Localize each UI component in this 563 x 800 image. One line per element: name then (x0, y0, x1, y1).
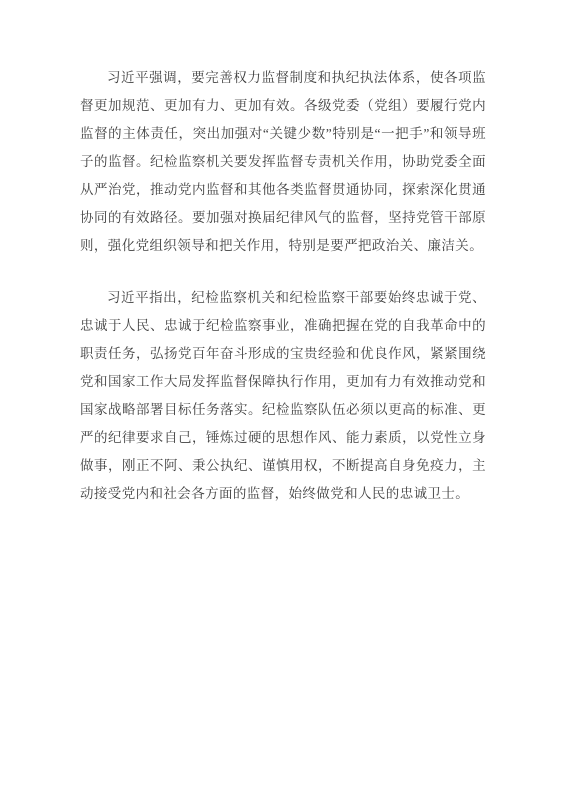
paragraph-xi-pointed-out: 习近平指出，纪检监察机关和纪检监察干部要始终忠诚于党、忠诚于人民、忠诚于纪检监察… (80, 284, 486, 508)
paragraph-xi-emphasized: 习近平强调，要完善权力监督制度和执纪执法体系，使各项监督更加规范、更加有力、更加… (80, 64, 486, 260)
document-page: 习近平强调，要完善权力监督制度和执纪执法体系，使各项监督更加规范、更加有力、更加… (0, 0, 563, 800)
